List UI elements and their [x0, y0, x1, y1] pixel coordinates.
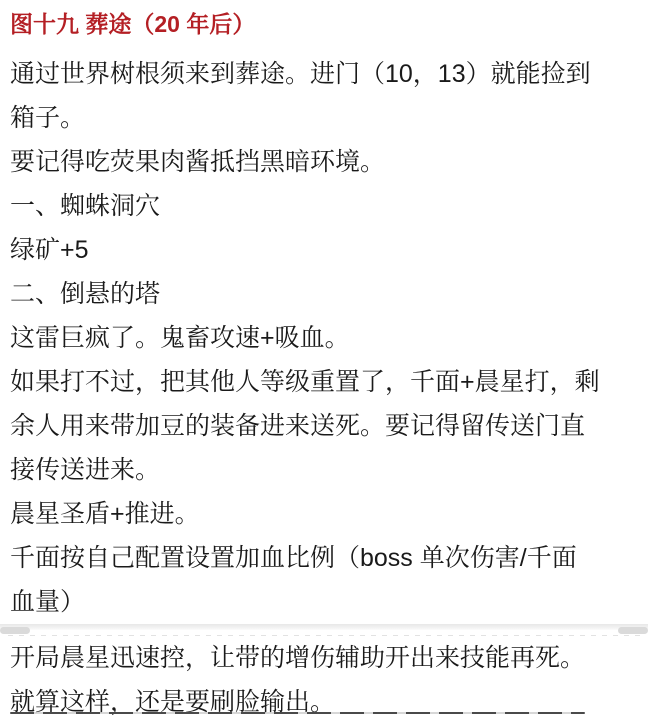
text-line: 就算这样，还是要刷脸输出。 — [10, 680, 638, 716]
seam-dotted-edge — [8, 635, 640, 636]
text-line: 余人用来带加豆的装备进来送死。要记得留传送门直 — [10, 404, 638, 448]
text-line: 千面按自己配置设置加血比例（boss 单次伤害/千面 — [10, 536, 638, 580]
seam-left-corner — [0, 627, 30, 634]
list-item-heading: 二、倒悬的塔 — [10, 272, 638, 316]
document-page: { "page": { "background": "#ffffff", "te… — [0, 0, 648, 716]
text-line: 箱子。 — [10, 96, 638, 140]
seam-right-corner — [618, 627, 648, 634]
seam-shadow-band — [0, 624, 648, 630]
cropped-next-image-edge — [10, 712, 585, 714]
text-line: 绿矿+5 — [10, 228, 638, 272]
guide-text-section-2: 开局晨星迅速控，让带的增伤辅助开出来技能再死。 就算这样，还是要刷脸输出。 — [0, 636, 648, 716]
text-line: 接传送进来。 — [10, 448, 638, 492]
guide-text-section-1: 通过世界树根须来到葬途。进门（10，13）就能捡到 箱子。 要记得吃荧果肉酱抵挡… — [0, 52, 648, 624]
text-line: 晨星圣盾+推进。 — [10, 492, 638, 536]
list-item-heading: 一、蜘蛛洞穴 — [10, 184, 638, 228]
card-seam-divider — [0, 624, 648, 636]
text-line: 开局晨星迅速控，让带的增伤辅助开出来技能再死。 — [10, 636, 638, 680]
text-line: 这雷巨疯了。鬼畜攻速+吸血。 — [10, 316, 638, 360]
text-line: 通过世界树根须来到葬途。进门（10，13）就能捡到 — [10, 52, 638, 96]
page-title: 图十九 葬途（20 年后） — [10, 8, 638, 40]
text-line: 要记得吃荧果肉酱抵挡黑暗环境。 — [10, 140, 638, 184]
text-line: 如果打不过，把其他人等级重置了，千面+晨星打，剩 — [10, 360, 638, 404]
text-line: 血量） — [10, 580, 638, 624]
